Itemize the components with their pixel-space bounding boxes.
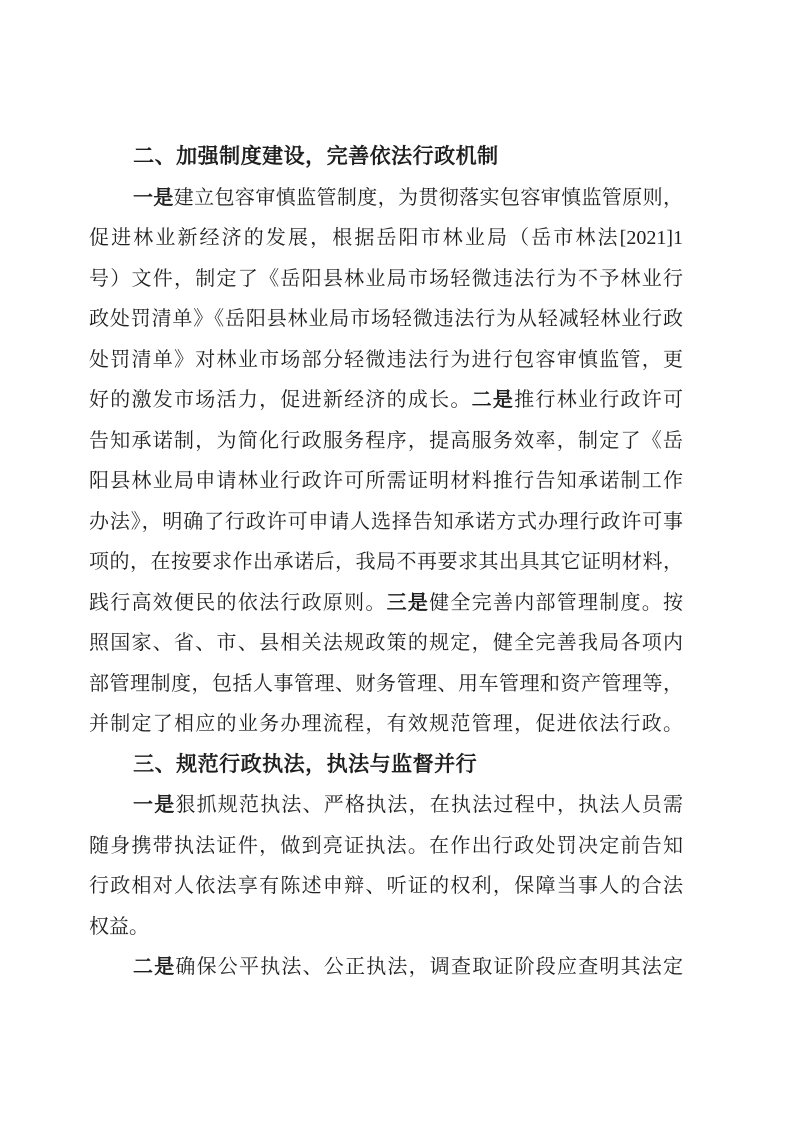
text-segment: 项的，在按要求作出承诺后，我局不再要求其出具其它证明材料， xyxy=(89,551,683,573)
text-segment: 权益。 xyxy=(89,916,149,938)
text-column: 二、加强制度建设，完善依法行政机制一是建立包容审慎监管制度，为贯彻落实包容审慎监… xyxy=(89,137,683,988)
text-line: 践行高效便民的依法行政原则。三是健全完善内部管理制度。按 xyxy=(89,583,683,624)
bold-run-in-label: 一是 xyxy=(133,794,175,816)
text-line: 告知承诺制，为简化行政服务程序，提高服务效率，制定了《岳 xyxy=(89,421,683,462)
text-segment: 推行林业行政许可 xyxy=(514,389,683,411)
text-segment: 照国家、省、市、县相关法规政策的规定，健全完善我局各项内 xyxy=(89,632,683,654)
bold-run-in-label: 三是 xyxy=(387,592,430,614)
text-segment: 建立包容审慎监管制度，为贯彻落实包容审慎监管原则， xyxy=(174,187,683,209)
text-line: 促进林业新经济的发展，根据岳阳市林业局（岳市林法[2021]1 xyxy=(89,218,683,259)
text-segment: 健全完善内部管理制度。按 xyxy=(429,592,683,614)
text-segment: 办法》，明确了行政许可申请人选择告知承诺方式办理行政许可事 xyxy=(89,511,683,533)
text-line: 随身携带执法证件，做到亮证执法。在作出行政处罚决定前告知 xyxy=(89,826,683,867)
text-line: 处罚清单》对林业市场部分轻微违法行为进行包容审慎监管，更 xyxy=(89,340,683,381)
text-line: 项的，在按要求作出承诺后，我局不再要求其出具其它证明材料， xyxy=(89,542,683,583)
text-segment: 好的激发市场活力，促进新经济的成长。 xyxy=(89,389,472,411)
text-line: 照国家、省、市、县相关法规政策的规定，健全完善我局各项内 xyxy=(89,623,683,664)
text-segment: 阳县林业局申请林业行政许可所需证明材料推行告知承诺制工作 xyxy=(89,470,683,492)
text-line: 阳县林业局申请林业行政许可所需证明材料推行告知承诺制工作 xyxy=(89,461,683,502)
text-segment: 确保公平执法、公正执法，调查取证阶段应查明其法定 xyxy=(175,956,683,978)
text-segment: 践行高效便民的依法行政原则。 xyxy=(89,592,387,614)
document-page: 二、加强制度建设，完善依法行政机制一是建立包容审慎监管制度，为贯彻落实包容审慎监… xyxy=(0,0,793,1122)
text-line: 号）文件，制定了《岳阳县林业局市场轻微违法行为不予林业行 xyxy=(89,259,683,300)
text-line: 行政相对人依法享有陈述申辩、听证的权利，保障当事人的合法 xyxy=(89,866,683,907)
bold-run-in-label: 一是 xyxy=(133,187,174,209)
text-line: 权益。 xyxy=(89,907,683,948)
bold-run-in-label: 二是 xyxy=(472,389,515,411)
text-line: 并制定了相应的业务办理流程，有效规范管理，促进依法行政。 xyxy=(89,704,683,745)
text-segment: 并制定了相应的业务办理流程，有效规范管理，促进依法行政。 xyxy=(89,713,683,735)
text-segment: 告知承诺制，为简化行政服务程序，提高服务效率，制定了《岳 xyxy=(89,430,683,452)
text-segment: 政处罚清单》《岳阳县林业局市场轻微违法行为从轻减轻林业行政 xyxy=(89,308,683,330)
text-line: 一是建立包容审慎监管制度，为贯彻落实包容审慎监管原则， xyxy=(89,178,683,219)
text-line: 一是狠抓规范执法、严格执法，在执法过程中，执法人员需 xyxy=(89,785,683,826)
text-line: 办法》，明确了行政许可申请人选择告知承诺方式办理行政许可事 xyxy=(89,502,683,543)
section-heading: 三、规范行政执法，执法与监督并行 xyxy=(89,745,683,786)
section-heading-text: 三、规范行政执法，执法与监督并行 xyxy=(133,753,477,776)
text-segment: 号）文件，制定了《岳阳县林业局市场轻微违法行为不予林业行 xyxy=(89,268,683,290)
section-heading: 二、加强制度建设，完善依法行政机制 xyxy=(89,137,683,178)
section-heading-text: 二、加强制度建设，完善依法行政机制 xyxy=(133,145,499,168)
text-segment: 促进林业新经济的发展，根据岳阳市林业局（岳市林法[2021]1 xyxy=(89,227,683,249)
text-segment: 随身携带执法证件，做到亮证执法。在作出行政处罚决定前告知 xyxy=(89,835,683,857)
text-line: 好的激发市场活力，促进新经济的成长。二是推行林业行政许可 xyxy=(89,380,683,421)
text-segment: 部管理制度，包括人事管理、财务管理、用车管理和资产管理等， xyxy=(89,673,683,695)
text-segment: 处罚清单》对林业市场部分轻微违法行为进行包容审慎监管，更 xyxy=(89,349,683,371)
text-line: 部管理制度，包括人事管理、财务管理、用车管理和资产管理等， xyxy=(89,664,683,705)
text-line: 政处罚清单》《岳阳县林业局市场轻微违法行为从轻减轻林业行政 xyxy=(89,299,683,340)
bold-run-in-label: 二是 xyxy=(133,956,175,978)
text-segment: 狠抓规范执法、严格执法，在执法过程中，执法人员需 xyxy=(175,794,683,816)
text-line: 二是确保公平执法、公正执法，调查取证阶段应查明其法定 xyxy=(89,947,683,988)
text-segment: 行政相对人依法享有陈述申辩、听证的权利，保障当事人的合法 xyxy=(89,875,683,897)
